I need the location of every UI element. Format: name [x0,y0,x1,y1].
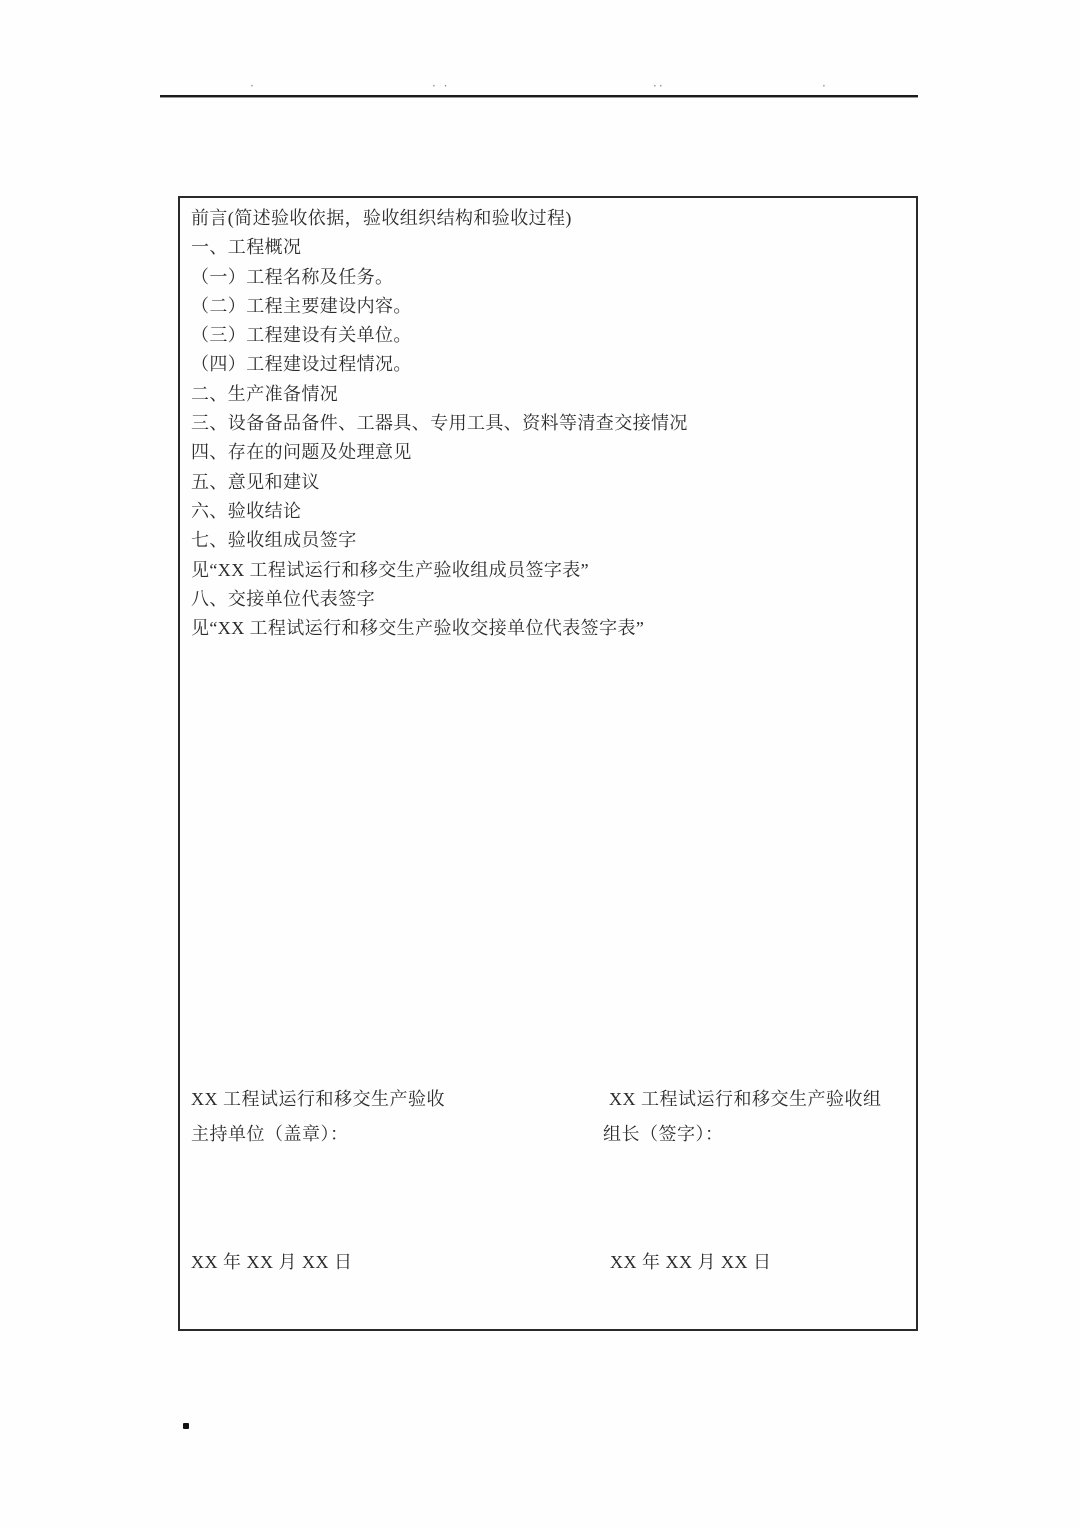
outline-line: 四、存在的问题及处理意见 [191,438,901,467]
header-rule [160,95,918,98]
header-artifact-mark: · [822,80,828,92]
outline-line: 三、设备备品备件、工器具、专用工具、资料等清查交接情况 [191,409,901,438]
outline-line: 五、意见和建议 [191,468,901,497]
signature-block-host-unit: XX 工程试运行和移交生产验收 主持单位（盖章）： [191,1082,445,1152]
signature-host-unit-seal-label: 主持单位（盖章）： [191,1117,445,1152]
header-artifact-mark: ·· [653,80,665,92]
content-box: 前言(简述验收依据，验收组织结构和验收过程) 一、工程概况 （一）工程名称及任务… [178,196,918,1331]
signature-block-group-leader: XX 工程试运行和移交生产验收组 组长（签字）： [603,1082,882,1152]
signature-group-title: XX 工程试运行和移交生产验收组 [603,1082,882,1117]
outline-list: 前言(简述验收依据，验收组织结构和验收过程) 一、工程概况 （一）工程名称及任务… [191,204,901,643]
outline-line: （二）工程主要建设内容。 [191,292,901,321]
header-artifact-mark: · [250,80,256,92]
outline-line: （三）工程建设有关单位。 [191,321,901,350]
outline-line: 见“XX 工程试运行和移交生产验收交接单位代表签字表” [191,614,901,643]
outline-line: （四）工程建设过程情况。 [191,350,901,379]
outline-line: 二、生产准备情况 [191,380,901,409]
header-artifact-mark: · · [432,80,449,92]
outline-line: 七、验收组成员签字 [191,526,901,555]
signature-host-unit-title: XX 工程试运行和移交生产验收 [191,1082,445,1117]
outline-line: 八、交接单位代表签字 [191,585,901,614]
date-line-left: XX 年 XX 月 XX 日 [191,1248,353,1276]
document-page: · · · ·· · 前言(简述验收依据，验收组织结构和验收过程) 一、工程概况… [0,0,1080,1528]
outline-line: 一、工程概况 [191,233,901,262]
outline-line: 见“XX 工程试运行和移交生产验收组成员签字表” [191,556,901,585]
signature-group-leader-label: 组长（签字）： [603,1117,882,1152]
date-line-right: XX 年 XX 月 XX 日 [610,1248,772,1276]
outline-line-preface: 前言(简述验收依据，验收组织结构和验收过程) [191,204,901,233]
footer-period-mark [183,1423,189,1429]
outline-line: 六、验收结论 [191,497,901,526]
outline-line: （一）工程名称及任务。 [191,263,901,292]
